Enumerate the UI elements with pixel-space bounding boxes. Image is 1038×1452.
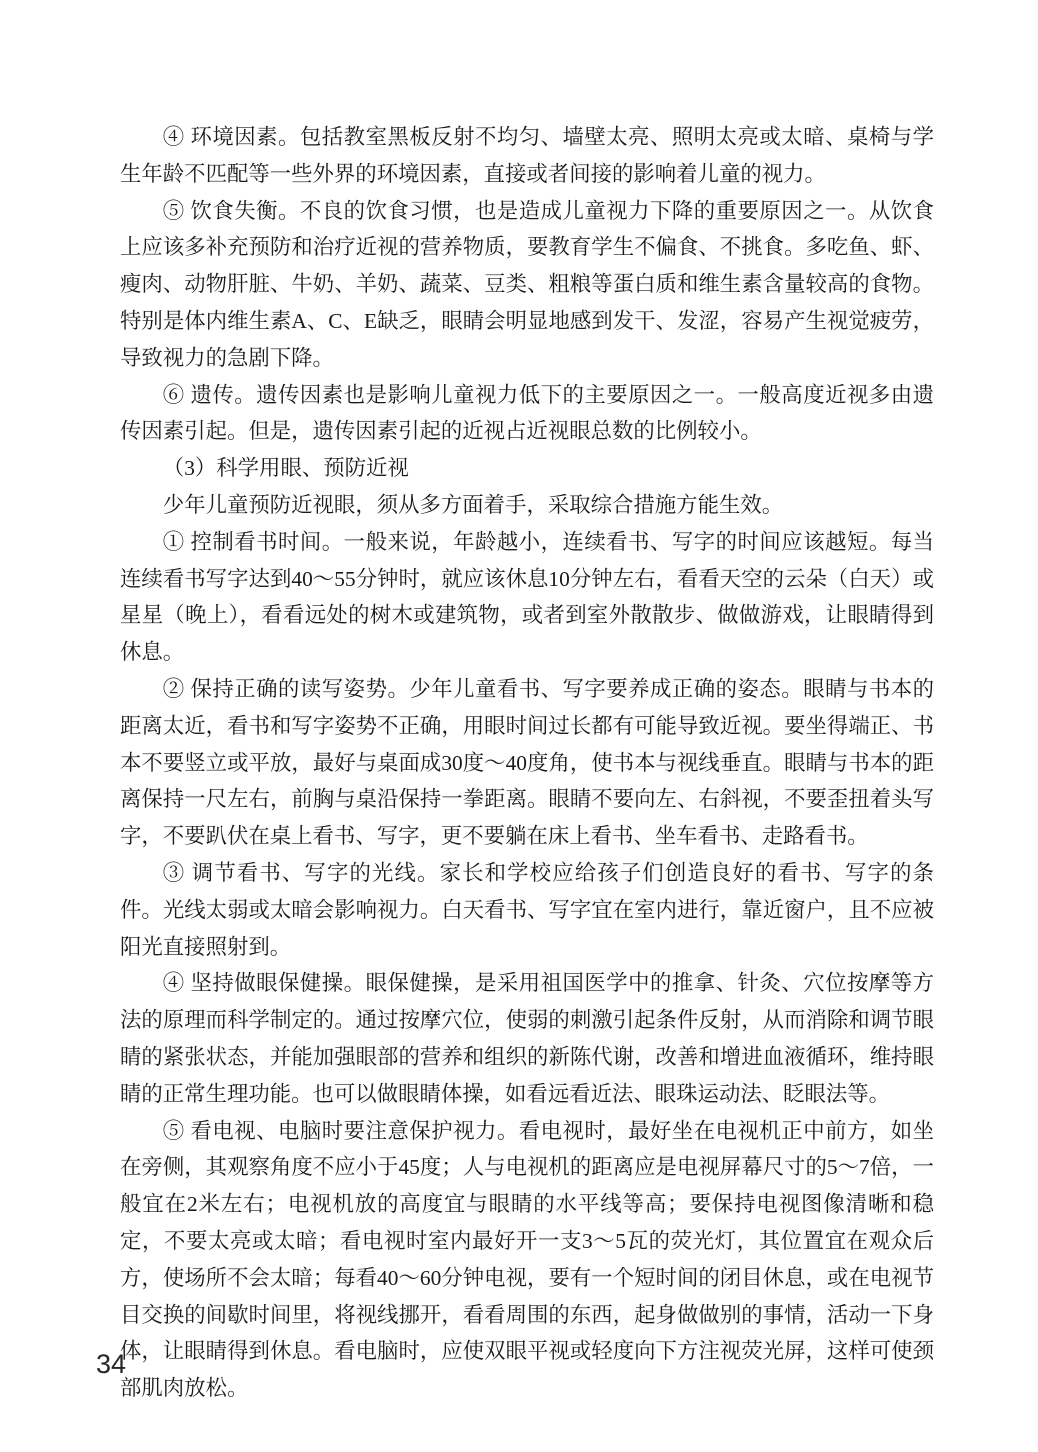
- paragraph-heredity: ⑥ 遗传。遗传因素也是影响儿童视力低下的主要原因之一。一般高度近视多由遗传因素引…: [120, 377, 934, 451]
- paragraph-diet-imbalance: ⑤ 饮食失衡。不良的饮食习惯，也是造成儿童视力下降的重要原因之一。从饮食上应该多…: [120, 193, 934, 377]
- paragraph-eye-exercises: ④ 坚持做眼保健操。眼保健操，是采用祖国医学中的推拿、针灸、穴位按摩等方法的原理…: [120, 965, 934, 1112]
- paragraph-tv-computer: ⑤ 看电视、电脑时要注意保护视力。看电视时，最好坐在电视机正中前方，如坐在旁侧，…: [120, 1113, 934, 1407]
- paragraph-lighting: ③ 调节看书、写字的光线。家长和学校应给孩子们创造良好的看书、写字的条件。光线太…: [120, 855, 934, 965]
- document-page: ④ 环境因素。包括教室黑板反射不均匀、墙壁太亮、照明太亮或太暗、桌椅与学生年龄不…: [0, 0, 1038, 1452]
- section-heading-eye-care: （3）科学用眼、预防近视: [120, 450, 934, 487]
- paragraph-reading-time: ① 控制看书时间。一般来说，年龄越小，连续看书、写字的时间应该越短。每当连续看书…: [120, 524, 934, 671]
- paragraph-posture: ② 保持正确的读写姿势。少年儿童看书、写字要养成正确的姿态。眼睛与书本的距离太近…: [120, 671, 934, 855]
- paragraph-intro: 少年儿童预防近视眼，须从多方面着手，采取综合措施方能生效。: [120, 487, 934, 524]
- body-text: ④ 环境因素。包括教室黑板反射不均匀、墙壁太亮、照明太亮或太暗、桌椅与学生年龄不…: [120, 119, 934, 1407]
- page-number: 34: [96, 1348, 126, 1380]
- paragraph-env-factors: ④ 环境因素。包括教室黑板反射不均匀、墙壁太亮、照明太亮或太暗、桌椅与学生年龄不…: [120, 119, 934, 193]
